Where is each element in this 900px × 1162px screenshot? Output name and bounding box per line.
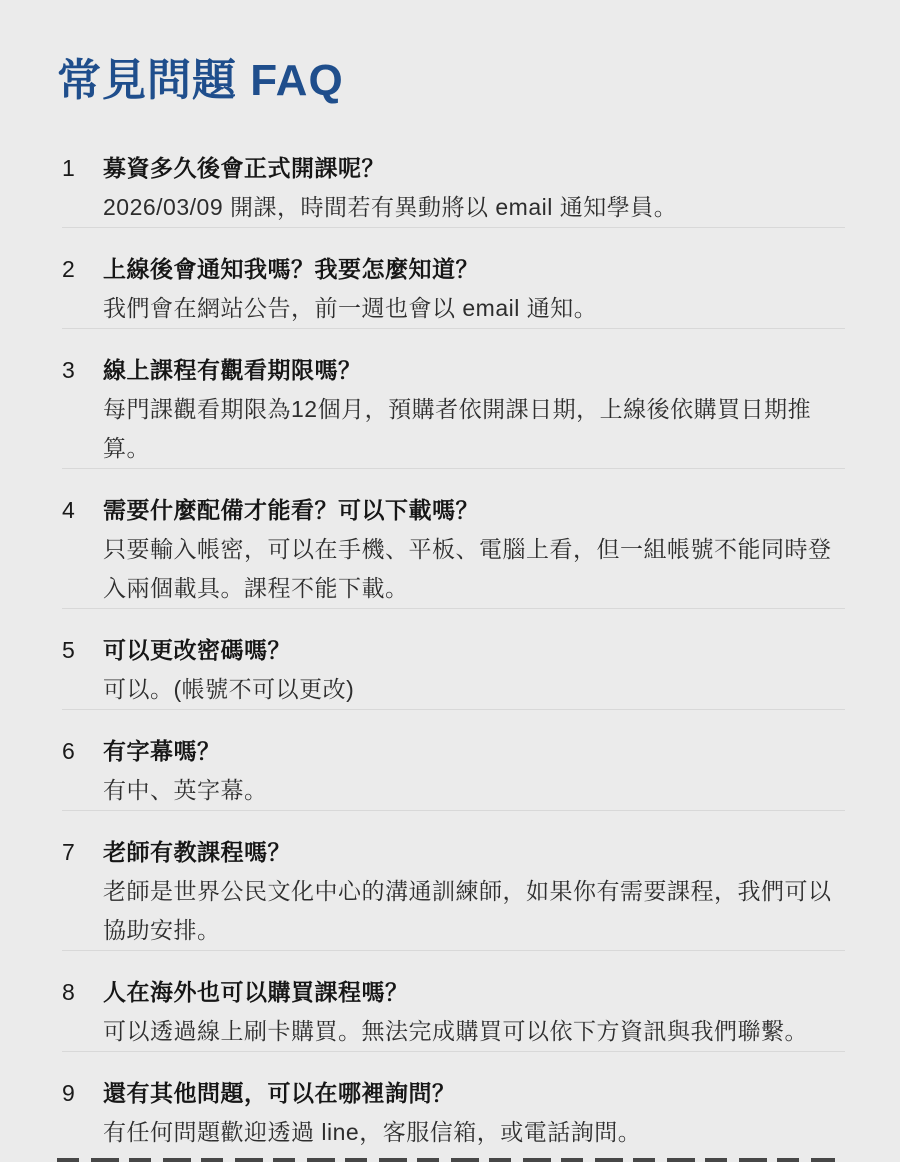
faq-item: 2 上線後會通知我嗎？我要怎麼知道？ 我們會在網站公告，前一週也會以 email… [62, 228, 845, 329]
faq-question: 需要什麼配備才能看？可以下載嗎？ [103, 491, 845, 530]
next-section-cutoff-text [57, 1158, 835, 1162]
faq-answer: 可以。(帳號不可以更改) [103, 670, 845, 709]
faq-item-number: 1 [62, 149, 103, 188]
faq-item-body: 可以更改密碼嗎？ 可以。(帳號不可以更改) [103, 631, 845, 709]
faq-item: 8 人在海外也可以購買課程嗎？ 可以透過線上刷卡購買。無法完成購買可以依下方資訊… [62, 951, 845, 1052]
faq-item: 7 老師有教課程嗎？ 老師是世界公民文化中心的溝通訓練師，如果你有需要課程，我們… [62, 811, 845, 951]
faq-answer: 只要輸入帳密，可以在手機、平板、電腦上看，但一組帳號不能同時登入兩個載具。課程不… [103, 530, 845, 608]
faq-answer: 可以透過線上刷卡購買。無法完成購買可以依下方資訊與我們聯繫。 [103, 1012, 845, 1051]
faq-answer: 2026/03/09 開課，時間若有異動將以 email 通知學員。 [103, 188, 845, 227]
faq-item-number: 8 [62, 973, 103, 1012]
faq-item-body: 募資多久後會正式開課呢？ 2026/03/09 開課，時間若有異動將以 emai… [103, 149, 845, 227]
faq-item-body: 人在海外也可以購買課程嗎？ 可以透過線上刷卡購買。無法完成購買可以依下方資訊與我… [103, 973, 845, 1051]
faq-item-number: 4 [62, 491, 103, 530]
faq-answer: 老師是世界公民文化中心的溝通訓練師，如果你有需要課程，我們可以協助安排。 [103, 872, 845, 950]
faq-item-body: 上線後會通知我嗎？我要怎麼知道？ 我們會在網站公告，前一週也會以 email 通… [103, 250, 845, 328]
faq-item-number: 2 [62, 250, 103, 289]
faq-question: 還有其他問題，可以在哪裡詢問？ [103, 1074, 845, 1113]
faq-question: 上線後會通知我嗎？我要怎麼知道？ [103, 250, 845, 289]
faq-question: 線上課程有觀看期限嗎？ [103, 351, 845, 390]
faq-item-body: 還有其他問題，可以在哪裡詢問？ 有任何問題歡迎透過 line，客服信箱，或電話詢… [103, 1074, 845, 1152]
faq-item: 5 可以更改密碼嗎？ 可以。(帳號不可以更改) [62, 609, 845, 710]
faq-answer: 我們會在網站公告，前一週也會以 email 通知。 [103, 289, 845, 328]
faq-answer: 每門課觀看期限為12個月，預購者依開課日期，上線後依購買日期推算。 [103, 390, 845, 468]
page-title: 常見問題 FAQ [57, 55, 845, 107]
faq-item-number: 6 [62, 732, 103, 771]
faq-answer: 有中、英字幕。 [103, 771, 845, 810]
faq-item-body: 需要什麼配備才能看？可以下載嗎？ 只要輸入帳密，可以在手機、平板、電腦上看，但一… [103, 491, 845, 608]
faq-question: 人在海外也可以購買課程嗎？ [103, 973, 845, 1012]
faq-item-number: 5 [62, 631, 103, 670]
faq-item-body: 老師有教課程嗎？ 老師是世界公民文化中心的溝通訓練師，如果你有需要課程，我們可以… [103, 833, 845, 950]
faq-page: 常見問題 FAQ 1 募資多久後會正式開課呢？ 2026/03/09 開課，時間… [0, 0, 900, 1152]
faq-item: 1 募資多久後會正式開課呢？ 2026/03/09 開課，時間若有異動將以 em… [62, 149, 845, 228]
faq-item: 9 還有其他問題，可以在哪裡詢問？ 有任何問題歡迎透過 line，客服信箱，或電… [62, 1052, 845, 1152]
faq-question: 有字幕嗎？ [103, 732, 845, 771]
faq-item-body: 線上課程有觀看期限嗎？ 每門課觀看期限為12個月，預購者依開課日期，上線後依購買… [103, 351, 845, 468]
faq-item: 3 線上課程有觀看期限嗎？ 每門課觀看期限為12個月，預購者依開課日期，上線後依… [62, 329, 845, 469]
faq-question: 募資多久後會正式開課呢？ [103, 149, 845, 188]
faq-item: 6 有字幕嗎？ 有中、英字幕。 [62, 710, 845, 811]
faq-answer: 有任何問題歡迎透過 line，客服信箱，或電話詢問。 [103, 1113, 845, 1152]
faq-list: 1 募資多久後會正式開課呢？ 2026/03/09 開課，時間若有異動將以 em… [57, 149, 845, 1152]
faq-question: 老師有教課程嗎？ [103, 833, 845, 872]
faq-item-body: 有字幕嗎？ 有中、英字幕。 [103, 732, 845, 810]
faq-item-number: 3 [62, 351, 103, 390]
faq-item: 4 需要什麼配備才能看？可以下載嗎？ 只要輸入帳密，可以在手機、平板、電腦上看，… [62, 469, 845, 609]
faq-question: 可以更改密碼嗎？ [103, 631, 845, 670]
faq-item-number: 7 [62, 833, 103, 872]
faq-item-number: 9 [62, 1074, 103, 1113]
